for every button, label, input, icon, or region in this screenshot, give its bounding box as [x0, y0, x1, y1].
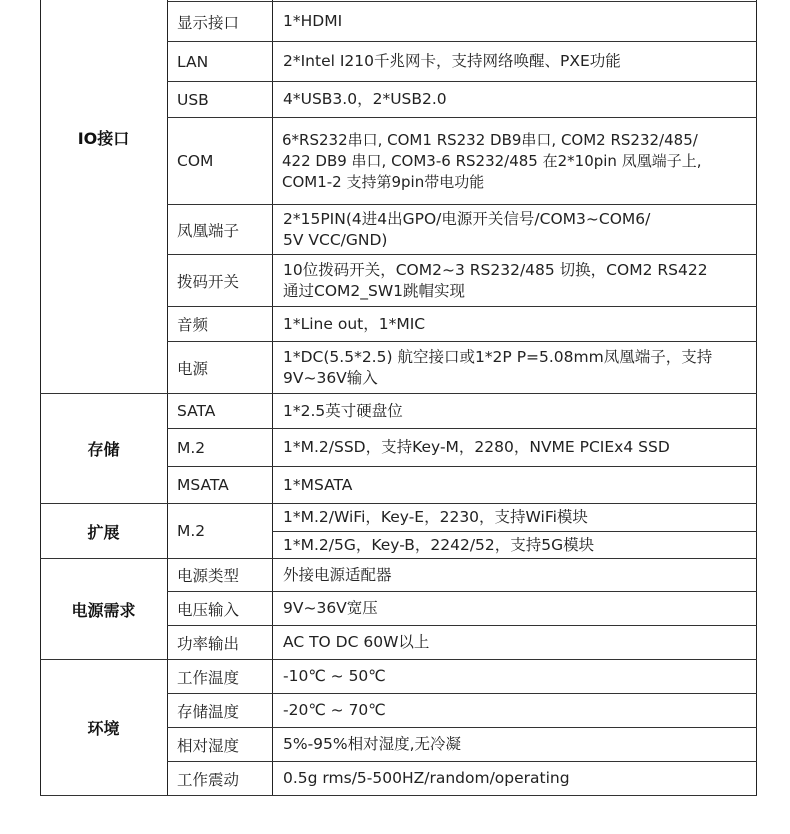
row-value: 1*M.2/5G，Key-B，2242/52，支持5G模块: [273, 532, 757, 558]
row-value: 4*USB3.0，2*USB2.0: [273, 82, 757, 117]
row-label: 相对湿度: [168, 728, 272, 761]
row-label: M.2: [168, 504, 272, 558]
row-value: 2*15PIN(4进4出GPO/电源开关信号/COM3~COM6/ 5V VCC…: [273, 205, 757, 254]
row-value: 1*DC(5.5*2.5) 航空接口或1*2P P=5.08mm凤凰端子，支持 …: [273, 342, 757, 393]
row-label: 工作震动: [168, 762, 272, 795]
row-value: 1*M.2/WiFi，Key-E，2230，支持WiFi模块: [273, 504, 757, 531]
row-label: 拨码开关: [168, 255, 272, 306]
row-label: 工作温度: [168, 660, 272, 693]
category-io: IO接口: [40, 2, 167, 272]
row-value: 2*Intel I210千兆网卡，支持网络唤醒、PXE功能: [273, 42, 757, 81]
row-value: 0.5g rms/5-500HZ/random/operating: [273, 762, 757, 795]
row-value: 10位拨码开关，COM2~3 RS232/485 切换，COM2 RS422 通…: [273, 255, 757, 306]
row-label: MSATA: [168, 467, 272, 503]
category-storage: 存储: [40, 394, 167, 503]
row-value: 1*MSATA: [273, 467, 757, 503]
row-label: 电压输入: [168, 592, 272, 625]
row-label: M.2: [168, 429, 272, 466]
row-value: 1*M.2/SSD，支持Key-M，2280，NVME PCIEx4 SSD: [273, 429, 757, 466]
category-power: 电源需求: [40, 559, 167, 659]
row-value: 1*Line out，1*MIC: [273, 307, 757, 341]
row-label: LAN: [168, 42, 272, 81]
row-label: COM: [168, 118, 272, 204]
row-label: 显示接口: [168, 2, 272, 41]
row-label: USB: [168, 82, 272, 117]
row-label: 存储温度: [168, 694, 272, 727]
row-value: 1*HDMI: [273, 2, 757, 41]
row-value: 1*2.5英寸硬盘位: [273, 394, 757, 428]
row-label: 电源类型: [168, 559, 272, 591]
table-border-bottom: [40, 795, 757, 796]
row-value: 5%-95%相对湿度,无冷凝: [273, 728, 757, 761]
category-expansion: 扩展: [40, 504, 167, 558]
row-label: 音频: [168, 307, 272, 341]
row-value: 9V~36V宽压: [273, 592, 757, 625]
row-value: AC TO DC 60W以上: [273, 626, 757, 659]
row-label: 功率输出: [168, 626, 272, 659]
row-value: 6*RS232串口, COM1 RS232 DB9串口, COM2 RS232/…: [273, 118, 763, 204]
row-value: 外接电源适配器: [273, 559, 757, 591]
row-label: 电源: [168, 342, 272, 393]
row-label: SATA: [168, 394, 272, 428]
category-environment: 环境: [40, 660, 167, 795]
row-value: -10℃ ~ 50℃: [273, 660, 757, 693]
row-label: 凤凰端子: [168, 205, 272, 254]
row-value: -20℃ ~ 70℃: [273, 694, 757, 727]
